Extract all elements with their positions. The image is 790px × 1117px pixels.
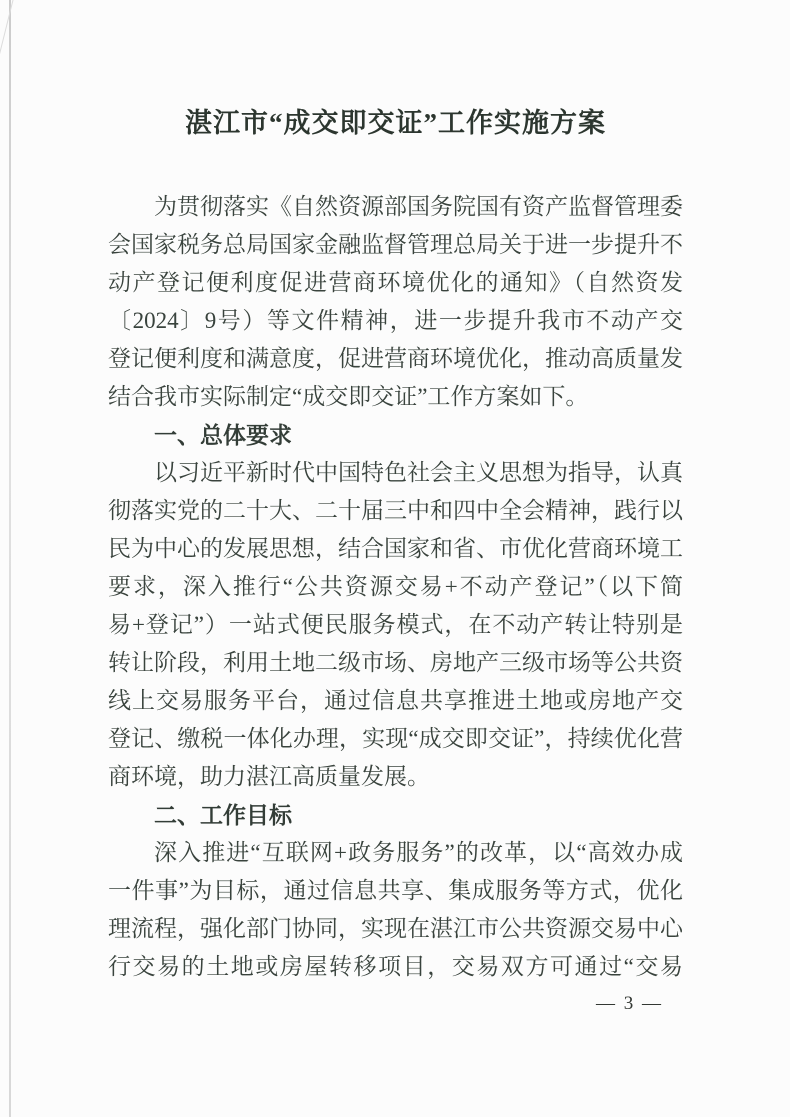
text-line: 〔2024〕9号）等文件精神，进一步提升我市不动产交易、: [108, 302, 683, 340]
document-body: 为贯彻落实《自然资源部国务院国有资产监督管理委员 会国家税务总局国家金融监督管理…: [108, 188, 683, 986]
text-line: 深入推进“互联网+政务服务”的改革，以“高效办成: [108, 834, 683, 872]
text-line: 商环境，助力湛江高质量发展。: [108, 758, 683, 796]
text-line: 为贯彻落实《自然资源部国务院国有资产监督管理委员: [108, 188, 683, 226]
paper-corner-shadow: [0, 0, 15, 99]
text-line: 动产登记便利度促进营商环境优化的通知》（自然资发: [108, 264, 683, 302]
section-heading-1: 一、总体要求: [108, 416, 683, 454]
text-line: 以习近平新时代中国特色社会主义思想为指导，认真贯: [108, 454, 683, 492]
text-line: 登记、缴税一体化办理，实现“成交即交证”，持续优化营: [108, 720, 683, 758]
text-line: 行交易的土地或房屋转移项目，交易双方可通过“交易+登: [108, 948, 683, 986]
text-line: 结合我市实际制定“成交即交证”工作方案如下。: [108, 378, 683, 416]
text-line: 易+登记”）一站式便民服务模式，在不动产转让特别是土地: [108, 606, 683, 644]
text-line: 彻落实党的二十大、二十届三中和四中全会精神，践行以人: [108, 492, 683, 530]
document-page: 湛江市“成交即交证”工作实施方案 为贯彻落实《自然资源部国务院国有资产监督管理委…: [0, 0, 790, 1117]
document-title: 湛江市“成交即交证”工作实施方案: [108, 101, 683, 140]
section-heading-2: 二、工作目标: [108, 796, 683, 834]
paper-edge-shadow: [9, 0, 11, 1117]
text-line: 要求，深入推行“公共资源交易+不动产登记”（以下简称“交: [108, 568, 683, 606]
text-line: 转让阶段，利用土地二级市场、房地产三级市场等公共资源: [108, 644, 683, 682]
text-line: 登记便利度和满意度，促进营商环境优化，推动高质量发展，: [108, 340, 683, 378]
text-line: 理流程，强化部门协同，实现在湛江市公共资源交易中心进: [108, 910, 683, 948]
text-line: 民为中心的发展思想，结合国家和省、市优化营商环境工作: [108, 530, 683, 568]
text-line: 线上交易服务平台，通过信息共享推进土地或房地产交易、: [108, 682, 683, 720]
text-line: 会国家税务总局国家金融监督管理总局关于进一步提升不: [108, 226, 683, 264]
page-number: — 3 —: [0, 992, 663, 1016]
text-line: 一件事”为目标，通过信息共享、集成服务等方式，优化办: [108, 872, 683, 910]
